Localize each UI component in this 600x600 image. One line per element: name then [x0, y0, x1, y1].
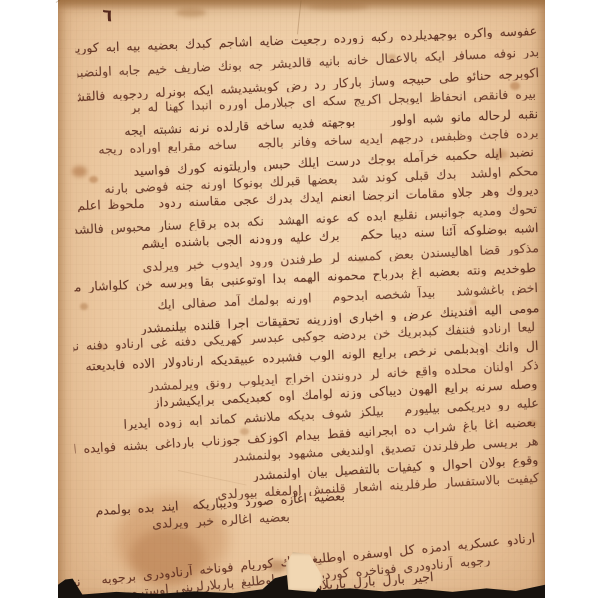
handwriting-layer: عفوسه واكره بوجهديلرده ركبه زورده رجعيت … — [58, 0, 545, 598]
handwritten-line: بعضيه اغالره خبر ويرلدي — [152, 510, 290, 530]
manuscript-page: ٦ عفوسه واكره بوجهديلرده ركبه زورده رجعي… — [58, 0, 545, 598]
photo-background: ٦ عفوسه واكره بوجهديلرده ركبه زورده رجعي… — [0, 0, 600, 600]
